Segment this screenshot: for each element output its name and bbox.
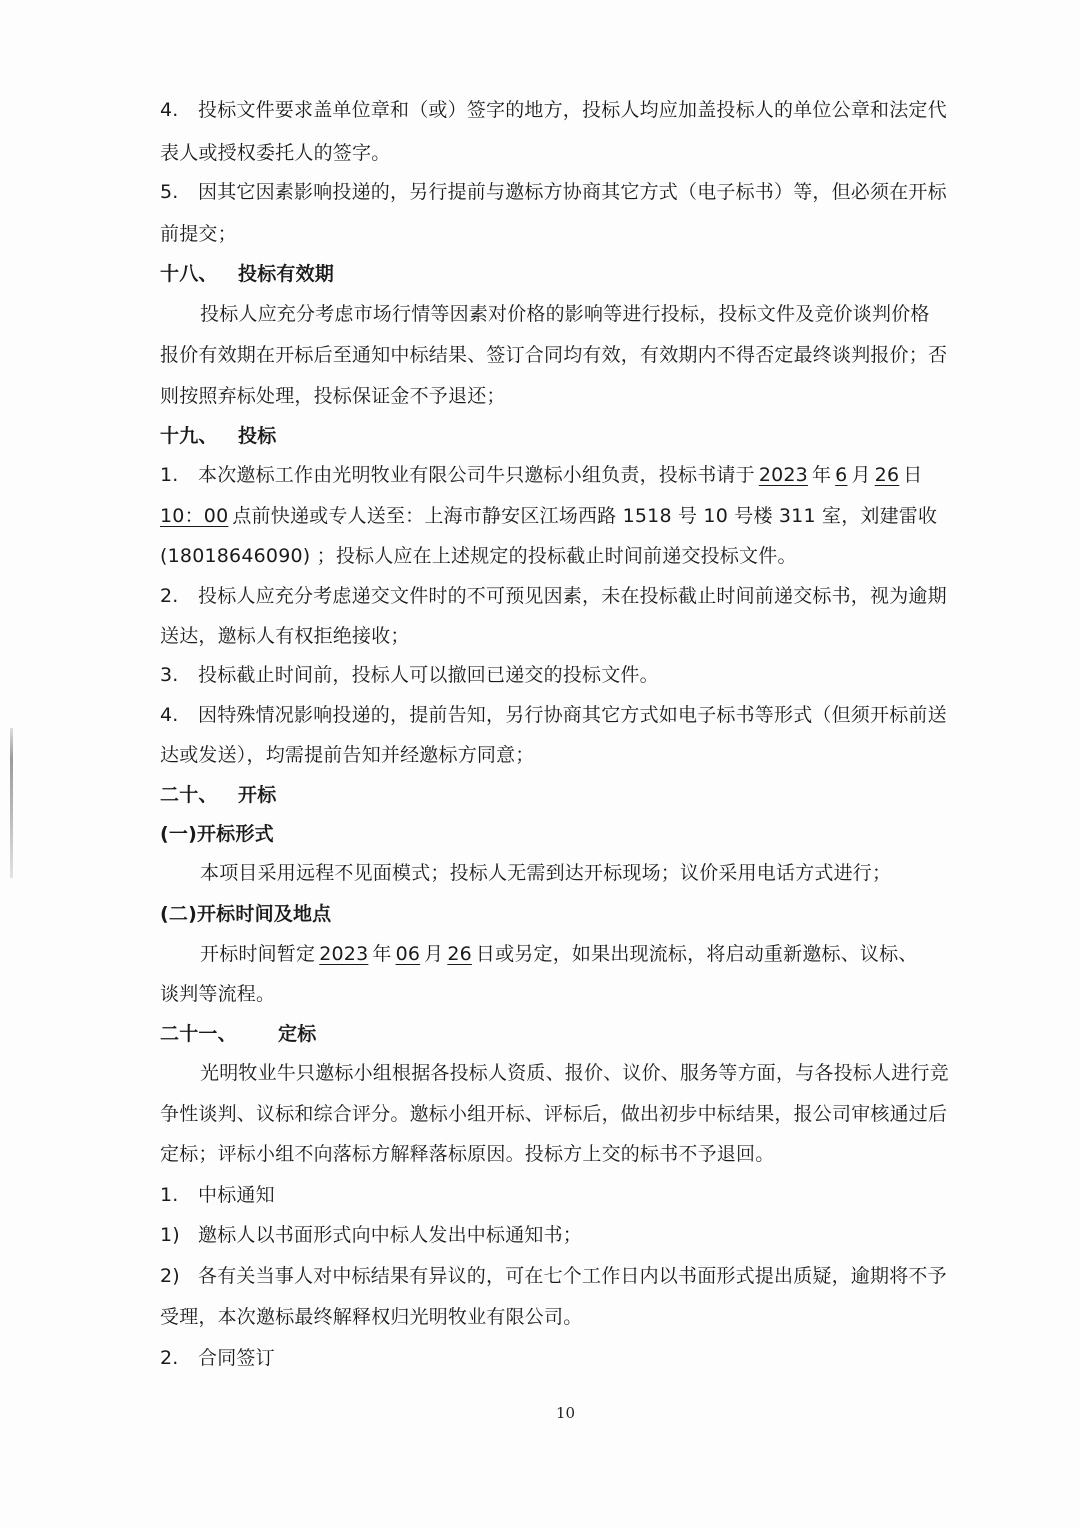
sec19-item4-line1: 4.因特殊情况影响投递的，提前告知，另行协商其它方式如电子标书等形式（但须开标前… bbox=[160, 702, 947, 728]
list-number: 2) bbox=[160, 1263, 198, 1289]
opening-month: 06 bbox=[392, 943, 425, 965]
sec21-para-line2: 争性谈判、议标和综合评分。邀标小组开标、评标后，做出初步中标结果，报公司审核通过… bbox=[160, 1101, 947, 1127]
opening-year: 2023 bbox=[315, 943, 372, 965]
deadline-time: 10：00 bbox=[160, 505, 232, 527]
sec19-item4-line2: 达或发送），均需提前告知并经邀标方同意； bbox=[160, 742, 535, 768]
deadline-month: 6 bbox=[831, 464, 851, 486]
sec19-item2-line1: 2.投标人应充分考虑递交文件时的不可预见因素，未在投标截止时间前递交标书，视为逾… bbox=[160, 583, 947, 609]
section-title: 投标有效期 bbox=[238, 263, 334, 285]
sec21-item1-2-line1: 2)各有关当事人对中标结果有异议的，可在七个工作日内以书面形式提出质疑，逾期将不… bbox=[160, 1263, 947, 1289]
sec21-para-line1: 光明牧业牛只邀标小组根据各投标人资质、报价、议价、服务等方面，与各投标人进行竞 bbox=[200, 1060, 949, 1086]
list-number: 4. bbox=[160, 97, 198, 123]
sec18-para-line3: 则按照弃标处理，投标保证金不予退还； bbox=[160, 383, 506, 409]
list-number: 4. bbox=[160, 702, 198, 728]
deadline-year: 2023 bbox=[755, 464, 812, 486]
sec20-sub2-heading: (二)开标时间及地点 bbox=[160, 901, 331, 927]
list-number: 1. bbox=[160, 462, 198, 488]
sec18-para-line2: 报价有效期在开标后至通知中标结果、签订合同均有效，有效期内不得否定最终谈判报价；… bbox=[160, 342, 947, 368]
section-title: 投标 bbox=[238, 425, 276, 447]
sec18-para-line1: 投标人应充分考虑市场行情等因素对价格的影响等进行投标，投标文件及竞价谈判价格 bbox=[200, 301, 930, 327]
list-number: 1. bbox=[160, 1182, 198, 1208]
sec20-sub1-heading: (一)开标形式 bbox=[160, 821, 274, 847]
section-heading-18: 十八、投标有效期 bbox=[160, 261, 334, 287]
sec19-item1-line3: (18018646090) ；投标人应在上述规定的投标截止时间前递交投标文件。 bbox=[160, 543, 797, 569]
section-heading-20: 二十、开标 bbox=[160, 782, 276, 808]
sec19-item1-line2: 10：00点前快递或专人送至：上海市静安区江场西路 1518 号 10 号楼 3… bbox=[160, 503, 937, 529]
section-title: 开标 bbox=[238, 784, 276, 806]
document-page: 4.投标文件要求盖单位章和（或）签字的地方，投标人均应加盖投标人的单位公章和法定… bbox=[0, 0, 1080, 1529]
section-title: 定标 bbox=[278, 1023, 316, 1045]
page-number: 10 bbox=[556, 1404, 575, 1422]
sec17-item5-line2: 前提交； bbox=[160, 221, 237, 247]
sec17-item5-line1: 5.因其它因素影响投递的，另行提前与邀标方协商其它方式（电子标书）等，但必须在开… bbox=[160, 179, 947, 205]
deadline-day: 26 bbox=[871, 464, 904, 486]
section-heading-19: 十九、投标 bbox=[160, 423, 276, 449]
sec20-sub2-text-line1: 开标时间暂定2023年06月26日或另定，如果出现流标，将启动重新邀标、议标、 bbox=[200, 941, 918, 967]
sec21-item1-1: 1)邀标人以书面形式向中标人发出中标通知书； bbox=[160, 1222, 582, 1248]
section-heading-21: 二十一、定标 bbox=[160, 1021, 316, 1047]
sec20-sub2-text-line2: 谈判等流程。 bbox=[160, 981, 275, 1007]
sec21-item1: 1.中标通知 bbox=[160, 1182, 275, 1208]
sec20-sub1-text: 本项目采用远程不见面模式；投标人无需到达开标现场；议价采用电话方式进行； bbox=[200, 860, 891, 886]
list-number: 2. bbox=[160, 1345, 198, 1371]
sec19-item3-line1: 3.投标截止时间前，投标人可以撤回已递交的投标文件。 bbox=[160, 662, 659, 688]
list-number: 2. bbox=[160, 583, 198, 609]
sec19-item2-line2: 送达，邀标人有权拒绝接收； bbox=[160, 623, 410, 649]
list-number: 5. bbox=[160, 179, 198, 205]
sec21-item1-2-line2: 受理，本次邀标最终解释权归光明牧业有限公司。 bbox=[160, 1304, 582, 1330]
sec19-item1-line1: 1.本次邀标工作由光明牧业有限公司牛只邀标小组负责，投标书请于2023年6月26… bbox=[160, 462, 922, 488]
sec21-para-line3: 定标；评标小组不向落标方解释落标原因。投标方上交的标书不予退回。 bbox=[160, 1141, 774, 1167]
list-number: 1) bbox=[160, 1222, 198, 1248]
sec21-item2: 2.合同签订 bbox=[160, 1345, 275, 1371]
sec17-item4-line2: 表人或授权委托人的签字。 bbox=[160, 140, 390, 166]
opening-day: 26 bbox=[443, 943, 476, 965]
scan-edge-mark bbox=[10, 728, 13, 878]
sec17-item4-line1: 4.投标文件要求盖单位章和（或）签字的地方，投标人均应加盖投标人的单位公章和法定… bbox=[160, 97, 947, 123]
list-number: 3. bbox=[160, 662, 198, 688]
